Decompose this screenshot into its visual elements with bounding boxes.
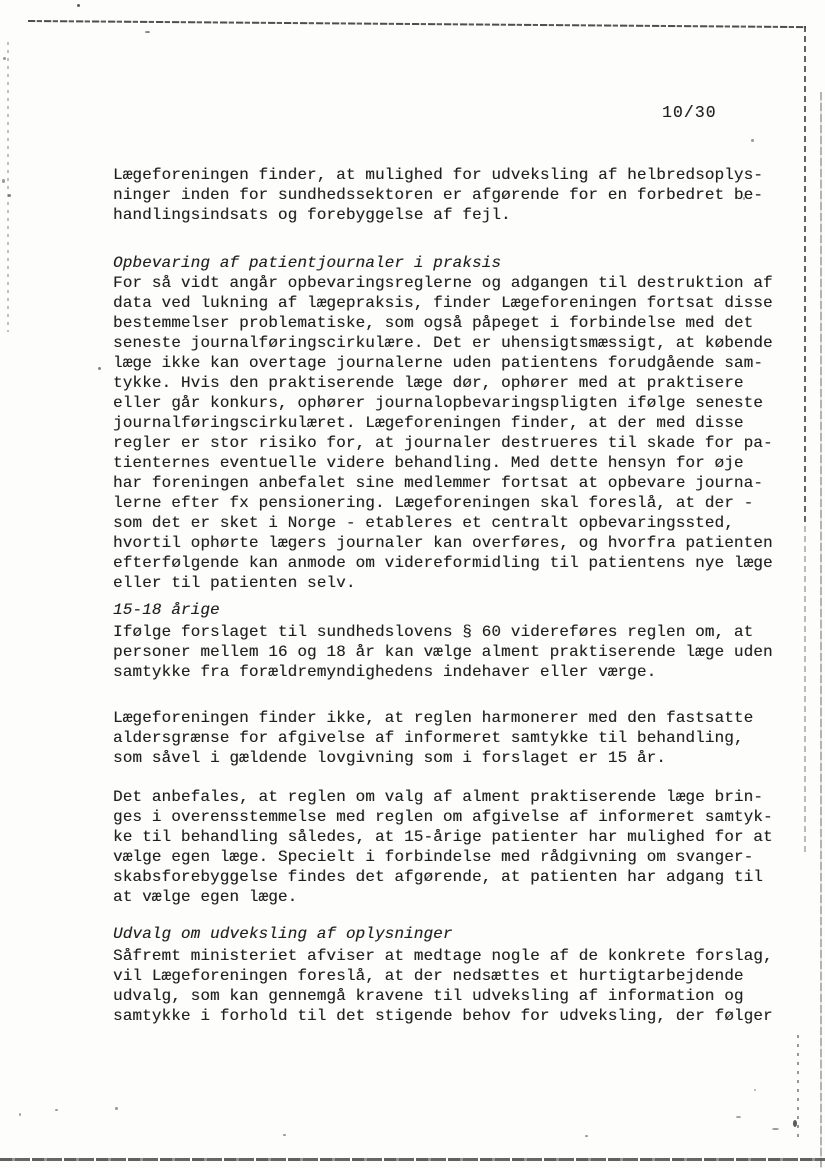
scan-speck — [19, 1113, 21, 1116]
scan-speck — [793, 1120, 797, 1127]
page-number: 10/30 — [662, 103, 717, 122]
scan-top-scratch-line — [28, 20, 806, 28]
scan-speck — [115, 1107, 118, 1110]
scan-speck — [754, 1089, 756, 1091]
paragraph-hurtigtarbejdende-udvalg: Såfremt ministeriet afviser at medtage n… — [113, 946, 808, 1026]
paragraph-sundhedslovens-60: Ifølge forslaget til sundhedslovens § 60… — [113, 622, 808, 682]
scanned-document-page: 10/30 Lægeforeningen finder, at mulighed… — [0, 0, 825, 1168]
heading-udvalg-om-udveksling: Udvalg om udveksling af oplysninger — [113, 924, 808, 944]
scan-speck — [8, 194, 11, 197]
scan-left-dotted-line — [7, 42, 9, 332]
scan-speck — [3, 57, 6, 60]
scan-speck — [77, 4, 80, 7]
scan-speck — [55, 1109, 58, 1111]
heading-opbevaring-af-patientjournaler: Opbevaring af patientjournaler i praksis — [113, 253, 808, 273]
heading-15-18-aarige: 15-18 årige — [113, 600, 808, 620]
scan-speck — [283, 1134, 286, 1136]
scan-speck — [751, 139, 754, 142]
paragraph-anbefaling-valg-af-laege: Det anbefales, at reglen om valg af alme… — [113, 787, 808, 907]
scan-speck — [2, 179, 5, 183]
paragraph-aldersgraense: Lægeforeningen finder ikke, at reglen ha… — [113, 708, 808, 768]
scan-bottom-edge-line — [0, 1158, 825, 1161]
scan-speck — [772, 1128, 779, 1130]
scan-speck — [98, 367, 101, 370]
paragraph-helbredsoplysninger: Lægeforeningen finder, at mulighed for u… — [113, 165, 808, 225]
scan-right-edge-line — [820, 92, 822, 1168]
paragraph-opbevaringsregler: For så vidt angår opbevaringsreglerne og… — [113, 273, 808, 593]
scan-right-dotted-trail — [797, 1035, 799, 1140]
scan-speck — [145, 31, 150, 33]
scan-speck — [585, 1135, 588, 1137]
scan-speck — [736, 1116, 741, 1118]
